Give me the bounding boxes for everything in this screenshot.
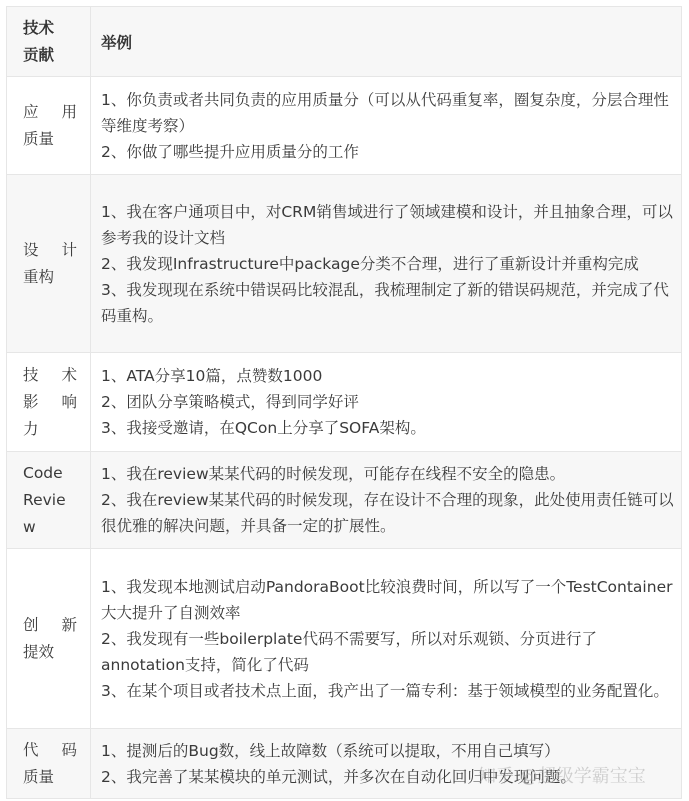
row-category: 技术 影响 力 xyxy=(7,353,91,452)
row-examples: 1、提测后的Bug数，线上故障数（系统可以提取，不用自己填写） 2、我完善了某某… xyxy=(91,729,682,799)
tech-contribution-table: 技术 贡献 举例 应用 质量 1、你负责或者共同负责的应用质量分（可以从代码重复… xyxy=(6,6,682,799)
table-header-row: 技术 贡献 举例 xyxy=(7,7,682,77)
row-category: Code Revie w xyxy=(7,452,91,549)
table-row: 设计 重构 1、我在客户通项目中，对CRM销售域进行了领域建模和设计，并且抽象合… xyxy=(7,175,682,353)
header-category: 技术 贡献 xyxy=(7,7,91,77)
row-category: 设计 重构 xyxy=(7,175,91,353)
table-row: 创新 提效 1、我发现本地测试启动PandoraBoot比较浪费时间，所以写了一… xyxy=(7,549,682,729)
row-category: 创新 提效 xyxy=(7,549,91,729)
row-examples: 1、我在客户通项目中，对CRM销售域进行了领域建模和设计，并且抽象合理，可以参考… xyxy=(91,175,682,353)
header-examples: 举例 xyxy=(91,7,682,77)
table-row: Code Revie w 1、我在review某某代码的时候发现，可能存在线程不… xyxy=(7,452,682,549)
row-examples: 1、ATA分享10篇，点赞数1000 2、团队分享策略模式，得到同学好评 3、我… xyxy=(91,353,682,452)
row-category: 应用 质量 xyxy=(7,77,91,175)
table-row: 技术 影响 力 1、ATA分享10篇，点赞数1000 2、团队分享策略模式，得到… xyxy=(7,353,682,452)
row-examples: 1、我发现本地测试启动PandoraBoot比较浪费时间，所以写了一个TestC… xyxy=(91,549,682,729)
row-examples: 1、我在review某某代码的时候发现，可能存在线程不安全的隐患。 2、我在re… xyxy=(91,452,682,549)
table-row: 应用 质量 1、你负责或者共同负责的应用质量分（可以从代码重复率，圈复杂度，分层… xyxy=(7,77,682,175)
row-examples: 1、你负责或者共同负责的应用质量分（可以从代码重复率，圈复杂度，分层合理性等维度… xyxy=(91,77,682,175)
table-row: 代码 质量 1、提测后的Bug数，线上故障数（系统可以提取，不用自己填写） 2、… xyxy=(7,729,682,799)
row-category: 代码 质量 xyxy=(7,729,91,799)
